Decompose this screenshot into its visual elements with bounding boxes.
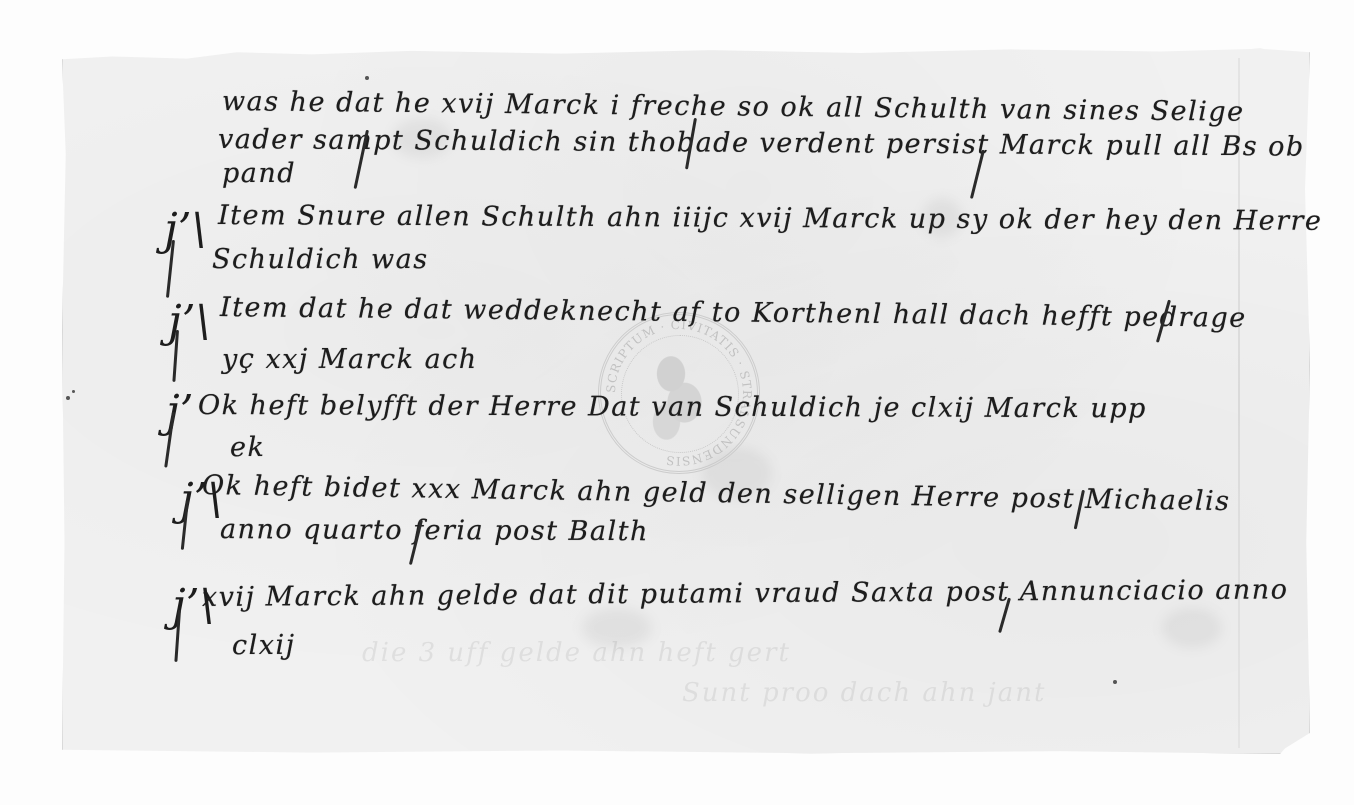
manuscript-line-7: yç xxj Marck ach <box>222 344 478 375</box>
manuscript-line-13: clxij <box>232 630 296 661</box>
ink-speck <box>365 76 369 80</box>
bleed-through-text: Sunt proo dach ahn jant <box>682 678 1046 708</box>
manuscript-line-5: Schuldich was <box>212 244 429 275</box>
ink-speck <box>72 390 75 393</box>
manuscript-line-11: anno quarto feria post Balth <box>220 514 649 547</box>
manuscript-line-3: pand <box>222 158 296 189</box>
manuscript-line-4: Item Snure allen Schulth ahn iiijc xvij … <box>218 200 1323 237</box>
bleed-through-text: die 3 uff gelde ahn heft gert <box>362 638 791 668</box>
ink-speck <box>1113 680 1117 684</box>
ink-speck <box>66 396 70 400</box>
margin-item-mark: j’\ <box>168 300 210 344</box>
manuscript-line-9: ek <box>230 432 265 463</box>
manuscript-scan: die 3 uff gelde ahn heft gert Sunt proo … <box>0 0 1354 805</box>
manuscript-line-8: Ok heft belyfft der Herre Dat van Schuld… <box>198 390 1147 424</box>
paper-stain <box>1162 608 1222 648</box>
